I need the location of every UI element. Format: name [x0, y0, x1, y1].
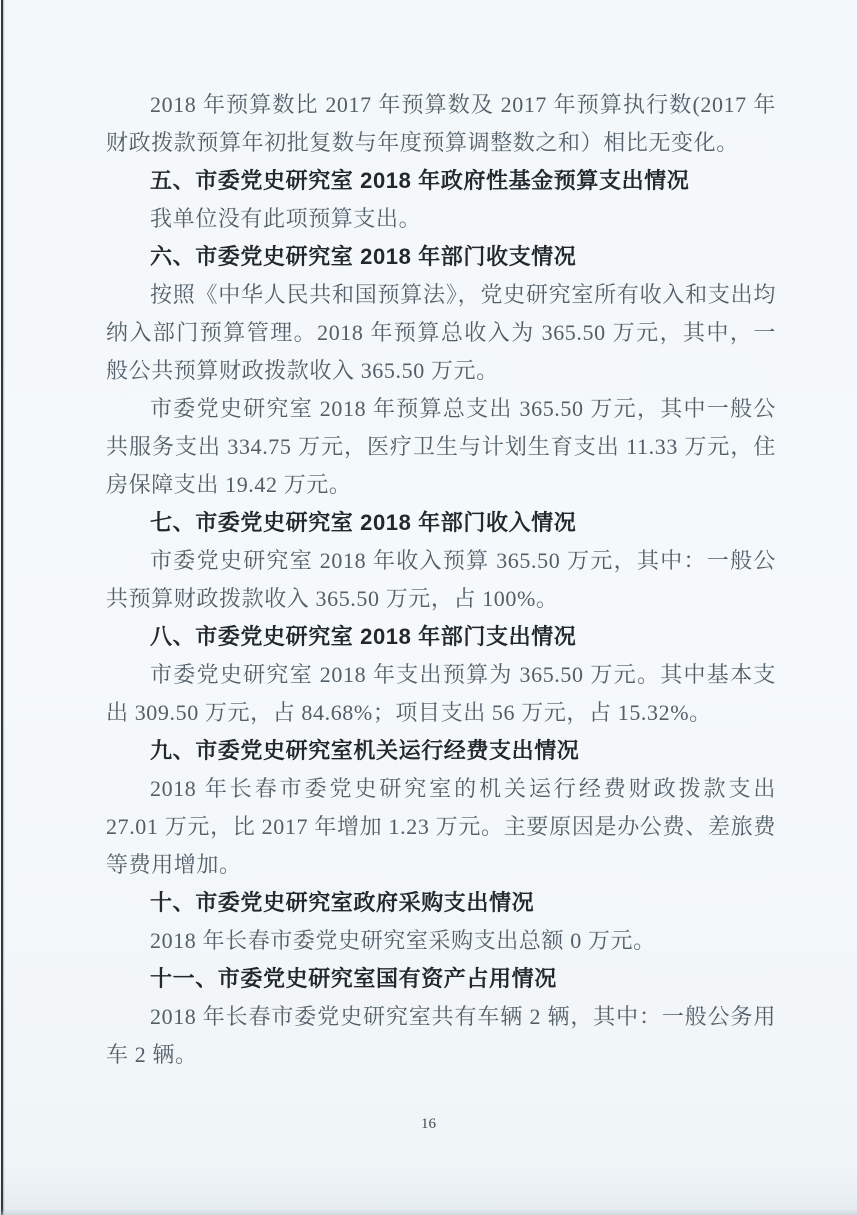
document-body: 2018 年预算数比 2017 年预算数及 2017 年预算执行数(2017 年… — [106, 86, 776, 1074]
paragraph: 我单位没有此项预算支出。 — [106, 200, 776, 238]
section-heading: 八、市委党史研究室 2018 年部门支出情况 — [106, 618, 776, 656]
paragraph: 2018 年预算数比 2017 年预算数及 2017 年预算执行数(2017 年… — [106, 86, 776, 162]
page-number: 16 — [0, 1116, 857, 1133]
paragraph: 2018 年长春市委党史研究室共有车辆 2 辆，其中：一般公务用车 2 辆。 — [106, 998, 776, 1074]
section-heading: 七、市委党史研究室 2018 年部门收入情况 — [106, 504, 776, 542]
scan-edge-left — [1, 0, 3, 1215]
scan-edge-bottom — [0, 1209, 857, 1215]
paragraph: 市委党史研究室 2018 年预算总支出 365.50 万元，其中一般公共服务支出… — [106, 390, 776, 504]
section-heading: 六、市委党史研究室 2018 年部门收支情况 — [106, 238, 776, 276]
paragraph: 按照《中华人民共和国预算法》，党史研究室所有收入和支出均纳入部门预算管理。201… — [106, 276, 776, 390]
section-heading: 五、市委党史研究室 2018 年政府性基金预算支出情况 — [106, 162, 776, 200]
section-heading: 十一、市委党史研究室国有资产占用情况 — [106, 960, 776, 998]
section-heading: 九、市委党史研究室机关运行经费支出情况 — [106, 732, 776, 770]
paragraph: 2018 年长春市委党史研究室的机关运行经费财政拨款支出 27.01 万元，比 … — [106, 770, 776, 884]
paragraph: 2018 年长春市委党史研究室采购支出总额 0 万元。 — [106, 922, 776, 960]
section-heading: 十、市委党史研究室政府采购支出情况 — [106, 884, 776, 922]
scanned-document-page: { "page": { "number": "16" }, "document"… — [0, 0, 857, 1215]
paragraph: 市委党史研究室 2018 年支出预算为 365.50 万元。其中基本支出 309… — [106, 656, 776, 732]
paragraph: 市委党史研究室 2018 年收入预算 365.50 万元，其中：一般公共预算财政… — [106, 542, 776, 618]
